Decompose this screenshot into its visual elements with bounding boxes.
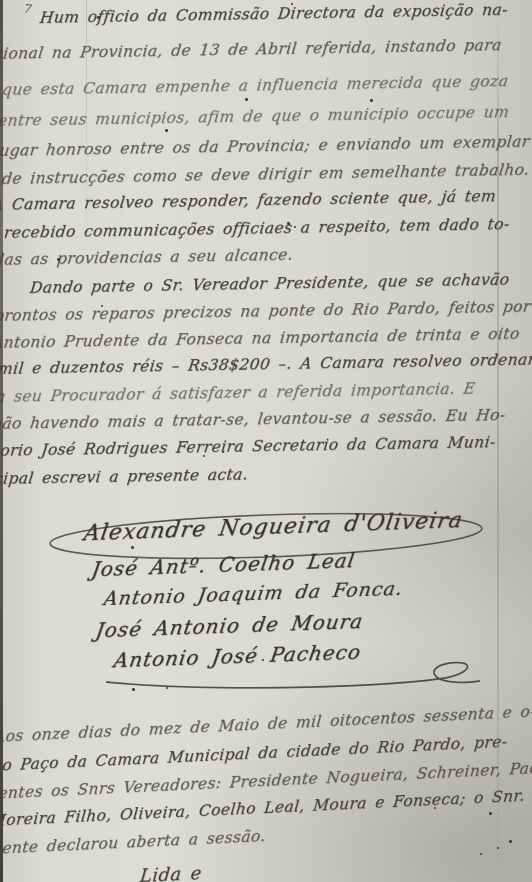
ink-speck: [480, 853, 482, 855]
manuscript-line: de instrucções como se deve dirigir em s…: [1, 161, 531, 188]
manuscript-line: norio José Rodrigues Ferreira Secretario…: [0, 433, 497, 460]
ink-speck: [489, 812, 492, 815]
ink-speck: [57, 258, 60, 261]
manuscript-line: A Camara resolveo responder, fazendo sci…: [0, 187, 497, 214]
manuscript-line: mil e duzentos réis – Rs38$200 –. A Cama…: [0, 351, 532, 378]
ink-speck: [294, 226, 296, 228]
ink-speck: [101, 305, 103, 307]
signature-jose-antonio-coelho-leal: José Antº. Coelho Leal: [90, 548, 357, 581]
manuscript-line: Dando parte o Sr. Vereador Presidente, q…: [29, 271, 511, 297]
manuscript-page: 7 Hum officio da Commissão Directora da …: [0, 0, 532, 882]
signature-jose-antonio-de-moura: José Antonio de Moura: [94, 609, 365, 642]
signature-antonio-joaquim-da-fonseca: Antonio Joaquim da Fonca.: [102, 577, 404, 610]
manuscript-line: dente declarou aberta a sessão.: [0, 827, 267, 858]
pen-tick-mark: 7: [23, 2, 33, 17]
manuscript-line: que esta Camara empenhe a influencia mer…: [1, 72, 510, 99]
ink-speck: [132, 688, 135, 691]
ink-speck: [262, 659, 264, 661]
manuscript-line: a seu Procurador á satisfazer a referida…: [0, 380, 476, 406]
ink-speck: [165, 129, 168, 132]
ink-speck: [203, 455, 205, 457]
ink-speck: [245, 98, 248, 101]
ink-speck: [131, 546, 134, 549]
manuscript-line: recebido communicações officiaes a respe…: [3, 215, 511, 242]
manuscript-line: das as providencias a seu alcance.: [0, 246, 294, 269]
ink-speck: [166, 687, 168, 689]
manuscript-line: cipal escrevi a presente acta.: [0, 466, 249, 488]
signature-antonio-jose-pacheco: Antonio José Pacheco: [112, 639, 363, 672]
ink-speck: [370, 99, 373, 102]
ink-speck: [434, 807, 436, 809]
ink-speck: [291, 3, 293, 5]
manuscript-line: entre seus municipios, afim de que o mun…: [0, 103, 510, 130]
manuscript-line: Antonio Prudente da Fonseca na importanc…: [0, 325, 521, 352]
manuscript-line: não havendo mais a tratar-se, levantou-s…: [0, 406, 507, 433]
ink-speck: [97, 16, 100, 19]
ink-speck: [509, 840, 512, 843]
manuscript-line: prontos os reparos precizos na ponte do …: [0, 298, 532, 325]
ink-speck: [222, 451, 224, 453]
manuscript-line: cional na Provincia, de 13 de Abril refe…: [0, 36, 503, 63]
ink-speck: [287, 222, 290, 225]
manuscript-line: Lida e: [139, 863, 203, 882]
manuscript-line: lugar honroso entre os da Provincia; e e…: [0, 133, 531, 160]
ink-speck: [497, 847, 499, 849]
manuscript-line: Hum officio da Commissão Directora da ex…: [39, 1, 509, 27]
signature-alexandre-nogueira-oliveira: Alexandre Nogueira d'Oliveira: [82, 508, 465, 546]
